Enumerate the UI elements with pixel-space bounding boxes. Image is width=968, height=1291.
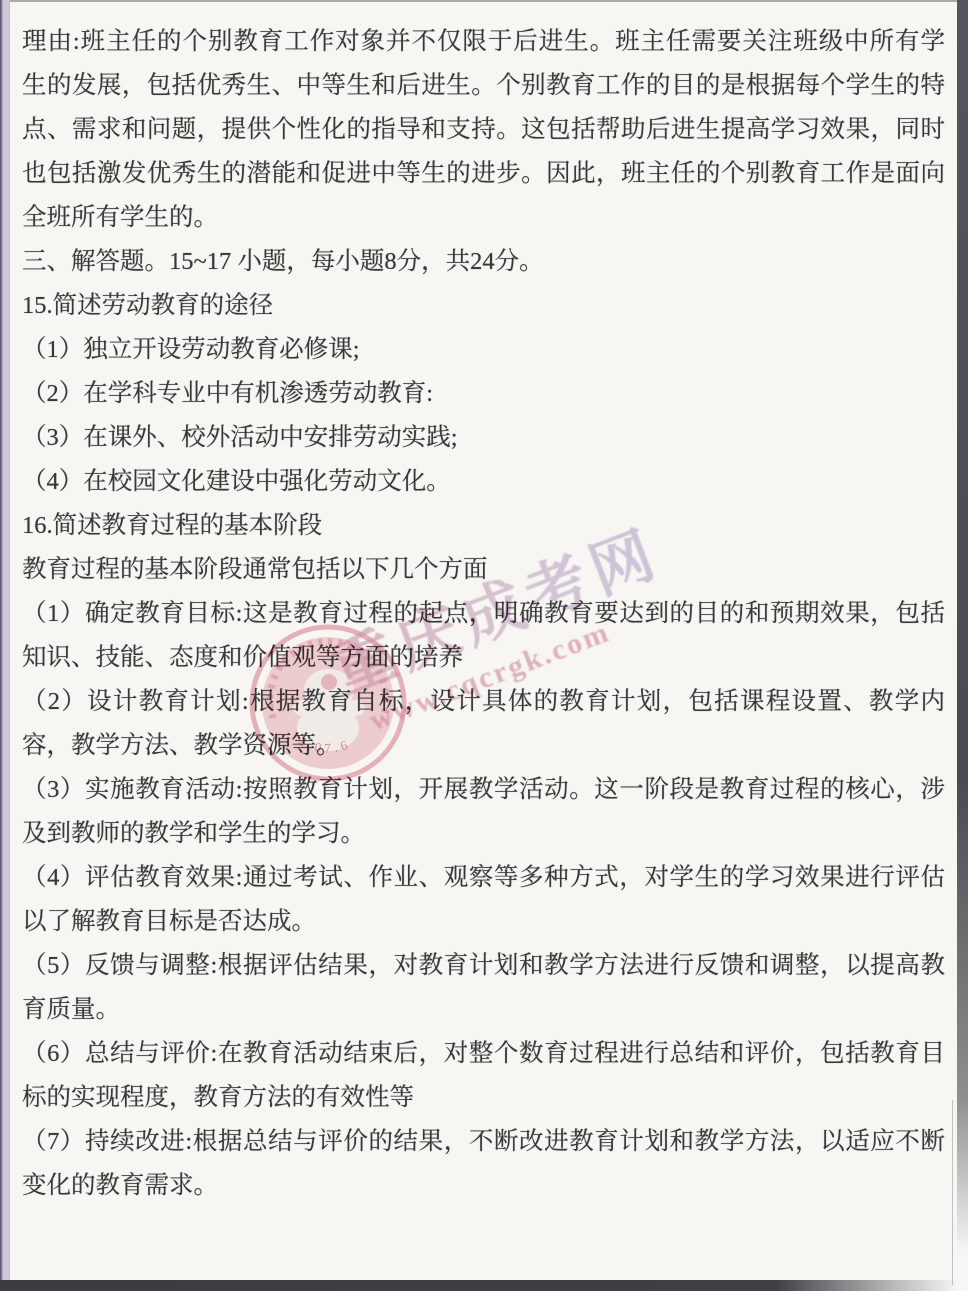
- document-line: （6）总结与评价:在教育活动结束后，对整个数育过程进行总结和评价，包括教育目: [22, 1032, 945, 1076]
- document-line: 及到教师的教学和学生的学习。: [22, 812, 945, 856]
- document-line: （7）持续改进:根据总结与评价的结果，不断改进教育计划和教学方法，以适应不断: [22, 1120, 945, 1164]
- document-line: 容，教学方法、教学资源等。: [22, 724, 945, 768]
- photo-left-border: [0, 0, 10, 1291]
- photo-top-edge: [0, 0, 968, 2]
- document-line: 标的实现程度，教育方法的有效性等: [22, 1076, 945, 1120]
- document-line: 全班所有学生的。: [22, 196, 945, 240]
- photo-bottom-border: [0, 1280, 968, 1291]
- document-line: 16.简述教育过程的基本阶段: [22, 504, 945, 548]
- document-line: 点、需求和问题，提供个性化的指导和支持。这包括帮助后进生提高学习效果，同时: [22, 108, 945, 152]
- document-line: 知识、技能、态度和价值观等方面的培养: [22, 636, 945, 680]
- document-line: （2）在学科专业中有机渗透劳动教育:: [22, 372, 945, 416]
- document-lines: 理由:班主任的个别教育工作对象并不仅限于后进生。班主任需要关注班级中所有学生的发…: [22, 20, 945, 1208]
- page-edge-line: [952, 1100, 953, 1285]
- document-line: 也包括激发优秀生的潜能和促进中等生的进步。因此，班主任的个别教育工作是面向: [22, 152, 945, 196]
- document-line: 教育过程的基本阶段通常包括以下几个方面: [22, 548, 945, 592]
- document-line: 15.简述劳动教育的途径: [22, 284, 945, 328]
- document-line: 理由:班主任的个别教育工作对象并不仅限于后进生。班主任需要关注班级中所有学: [22, 20, 945, 64]
- document-line: （3）实施教育活动:按照教育计划，开展教学活动。这一阶段是教育过程的核心，涉: [22, 768, 945, 812]
- photo-right-border: [957, 0, 968, 1291]
- document-line: 以了解教育目标是否达成。: [22, 900, 945, 944]
- document-line: 育质量。: [22, 988, 945, 1032]
- document-line: （1）确定教育目标:这是教育过程的起点，明确教育要达到的目的和预期效果，包括: [22, 592, 945, 636]
- document-line: （4）评估教育效果:通过考试、作业、观察等多种方式，对学生的学习效果进行评估: [22, 856, 945, 900]
- document-line: （3）在课外、校外活动中安排劳动实践;: [22, 416, 945, 460]
- document-line: 三、解答题。15~17 小题，每小题8分，共24分。: [22, 240, 945, 284]
- document-line: （1）独立开设劳动教育必修课;: [22, 328, 945, 372]
- document-line: 生的发展，包括优秀生、中等生和后进生。个别教育工作的目的是根据每个学生的特: [22, 64, 945, 108]
- document-line: （5）反馈与调整:根据评估结果，对教育计划和教学方法进行反馈和调整，以提高教: [22, 944, 945, 988]
- photographed-document: { "document": { "lines": [ { "text": "理由…: [0, 0, 968, 1291]
- document-line: （2）设计教育计划:根据教育自标，设计具体的教育计划，包括课程设置、教学内: [22, 680, 945, 724]
- document-line: 变化的教育需求。: [22, 1164, 945, 1208]
- document-line: （4）在校园文化建设中强化劳动文化。: [22, 460, 945, 504]
